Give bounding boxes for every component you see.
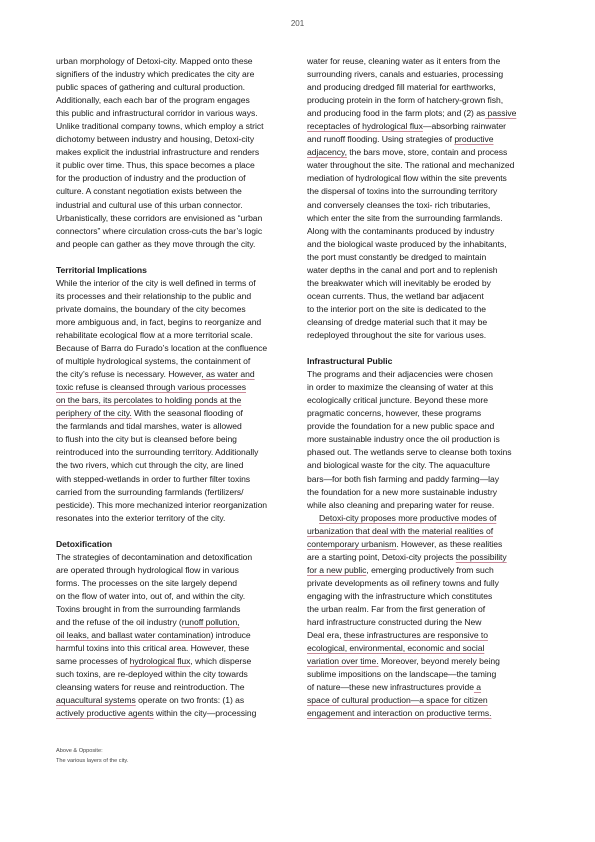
text-run: rehabilitate ecological flow at a more t…: [56, 330, 253, 340]
text-run: in order to maximize the cleansing of wa…: [307, 382, 493, 392]
text-line: culture. A constant negotiation exists b…: [56, 185, 296, 198]
text-run: pragmatic concerns, however, these progr…: [307, 408, 481, 418]
text-line: more ambiguous and, in fact, begins to r…: [56, 316, 296, 329]
text-run: the dispersal of toxins into the surroun…: [307, 186, 497, 196]
text-run: same processes of: [56, 656, 130, 666]
text-line: which enter the site from the surroundin…: [307, 212, 547, 225]
left-column: urban morphology of Detoxi-city. Mapped …: [56, 55, 296, 720]
text-line: while also cleaning and preparing water …: [307, 499, 547, 512]
paragraph-spacer: [307, 342, 547, 355]
text-line: this public and infrastructural corridor…: [56, 107, 296, 120]
underlined-phrase: space of cultural production—a space for…: [307, 695, 488, 705]
text-line: Because of Barra do Furado’s location at…: [56, 342, 296, 355]
text-run: Because of Barra do Furado’s location at…: [56, 343, 267, 353]
text-line: of multiple hydrological systems, the co…: [56, 355, 296, 368]
underlined-phrase: these infrastructures are responsive to: [344, 630, 488, 640]
text-run: water depths in the canal and port and t…: [307, 265, 497, 275]
text-line: with stepped-wetlands in order to furthe…: [56, 473, 296, 486]
text-run: The programs and their adjacencies were …: [307, 369, 493, 379]
text-line: and conversely cleanses the toxi- rich t…: [307, 199, 547, 212]
underlined-phrase: on the bars, its percolates to holding p…: [56, 395, 241, 405]
text-run: and runoff flooding. Using strategies of: [307, 134, 454, 144]
text-line: Deal era, these infrastructures are resp…: [307, 629, 547, 642]
text-line: on the flow of water into, out of, and w…: [56, 590, 296, 603]
text-line: actively productive agents within the ci…: [56, 707, 296, 720]
text-run: to the interior port on the site is dedi…: [307, 304, 486, 314]
text-run: surrounding rivers, canals and estuaries…: [307, 69, 503, 79]
text-run: operate on two fronts: (1) as: [136, 695, 244, 705]
text-line: of nature—these new infrastructures prov…: [307, 681, 547, 694]
continuation-paragraph: water for reuse, cleaning water as it en…: [307, 55, 547, 342]
text-line: mediation of hydrological flow within th…: [307, 172, 547, 185]
text-run: are operated through hydrological flow i…: [56, 565, 239, 575]
text-line: the foundation for a new more sustainabl…: [307, 486, 547, 499]
text-line: same processes of hydrological flux, whi…: [56, 655, 296, 668]
text-run: With the seasonal flooding of: [132, 408, 243, 418]
text-line: pragmatic concerns, however, these progr…: [307, 407, 547, 420]
text-line: surrounding rivers, canals and estuaries…: [307, 68, 547, 81]
text-line: for the production of industry and the p…: [56, 172, 296, 185]
text-run: ) introduce: [211, 630, 251, 640]
text-run: and the biological waste produced by the…: [307, 239, 506, 249]
text-run: the foundation for a new more sustainabl…: [307, 487, 497, 497]
text-line: While the interior of the city is well d…: [56, 277, 296, 290]
intro-paragraph: urban morphology of Detoxi-city. Mapped …: [56, 55, 296, 251]
text-run: forms. The processes on the site largely…: [56, 578, 237, 588]
text-line: bars—for both fish farming and paddy far…: [307, 473, 547, 486]
text-line: are a starting point, Detoxi-city projec…: [307, 551, 547, 564]
text-line: engagement and interaction on productive…: [307, 707, 547, 720]
text-line: and runoff flooding. Using strategies of…: [307, 133, 547, 146]
detoxification-paragraph: The strategies of decontamination and de…: [56, 551, 296, 721]
text-line: receptacles of hydrological flux—absorbi…: [307, 120, 547, 133]
text-run: , emerging productively from such: [366, 565, 493, 575]
text-run: water for reuse, cleaning water as it en…: [307, 56, 500, 66]
text-line: resonates into the exterior territory of…: [56, 512, 296, 525]
text-run: the breakwater which will inevitably be …: [307, 278, 491, 288]
underlined-phrase: toxic refuse is cleansed through various…: [56, 382, 246, 392]
text-run: to flush into the city but is cleansed b…: [56, 434, 237, 444]
text-line: such toxins, are re-deployed within the …: [56, 668, 296, 681]
text-line: producing protein in the form of hatcher…: [307, 94, 547, 107]
right-column: water for reuse, cleaning water as it en…: [307, 55, 547, 720]
text-run: While the interior of the city is well d…: [56, 278, 256, 288]
text-line: oil leaks, and ballast water contaminati…: [56, 629, 296, 642]
infrastructural-paragraph: The programs and their adjacencies were …: [307, 368, 547, 720]
text-line: in order to maximize the cleansing of wa…: [307, 381, 547, 394]
text-line: and producing food in the farm plots; an…: [307, 107, 547, 120]
underlined-phrase: aquacultural systems: [56, 695, 136, 705]
text-run: Along with the contaminants produced by …: [307, 226, 494, 236]
text-line: the farmlands and tidal marshes, water i…: [56, 420, 296, 433]
text-line: the city’s refuse is necessary. However,…: [56, 368, 296, 381]
underlined-phrase: ecological, environmental, economic and …: [307, 643, 484, 653]
text-line: Unlike traditional company towns, which …: [56, 120, 296, 133]
text-run: of nature—these new infrastructures prov…: [307, 682, 474, 692]
text-line: on the bars, its percolates to holding p…: [56, 394, 296, 407]
text-line: and producing dredged fill material for …: [307, 81, 547, 94]
text-run: hard infrastructure constructed during t…: [307, 617, 481, 627]
text-line: and the biological waste produced by the…: [307, 238, 547, 251]
text-run: sublime impositions on the landscape—the…: [307, 669, 496, 679]
text-line: urban morphology of Detoxi-city. Mapped …: [56, 55, 296, 68]
text-line: makes explicit the industrial infrastruc…: [56, 146, 296, 159]
text-line: water depths in the canal and port and t…: [307, 264, 547, 277]
text-run: pesticide). This more mechanized interio…: [56, 500, 267, 510]
text-line: the breakwater which will inevitably be …: [307, 277, 547, 290]
text-run: more ambiguous and, in fact, begins to r…: [56, 317, 261, 327]
text-line: variation over time. Moreover, beyond me…: [307, 655, 547, 668]
text-line: and the refuse of the oil industry (runo…: [56, 616, 296, 629]
text-run: and producing food in the farm plots; an…: [307, 108, 485, 118]
underlined-phrase: Detoxi-city proposes more productive mod…: [319, 513, 496, 523]
paragraph-spacer: [56, 251, 296, 264]
underlined-phrase: adjacency,: [307, 147, 347, 157]
text-line: The strategies of decontamination and de…: [56, 551, 296, 564]
underlined-phrase: , as water and: [201, 369, 254, 379]
text-line: space of cultural production—a space for…: [307, 694, 547, 707]
text-line: industrial and cultural use of this urba…: [56, 199, 296, 212]
text-run: water throughout the site. The rational …: [307, 160, 514, 170]
text-line: connectors” where circulation cross-cuts…: [56, 225, 296, 238]
text-run: and conversely cleanses the toxi- rich t…: [307, 200, 490, 210]
text-line: ocean currents. Thus, the wetland bar ad…: [307, 290, 547, 303]
text-run: The strategies of decontamination and de…: [56, 552, 252, 562]
text-line: its processes and their relationship to …: [56, 290, 296, 303]
text-line: cleansing of dredge material such that i…: [307, 316, 547, 329]
text-run: and biological waste for the city. The a…: [307, 460, 490, 470]
text-run: the urban realm. Far from the first gene…: [307, 604, 485, 614]
text-run: —absorbing rainwater: [423, 121, 506, 131]
text-line: the two rivers, which cut through the ci…: [56, 459, 296, 472]
text-line: urbanization that deal with the material…: [307, 525, 547, 538]
underlined-phrase: periphery of the city.: [56, 408, 132, 418]
underlined-phrase: a: [474, 682, 481, 692]
page-number: 201: [0, 19, 595, 28]
text-run: carried from the surrounding farmlands (…: [56, 487, 244, 497]
territorial-paragraph: While the interior of the city is well d…: [56, 277, 296, 525]
paragraph-spacer: [56, 525, 296, 538]
text-line: Along with the contaminants produced by …: [307, 225, 547, 238]
text-run: more sustainable industry once the oil p…: [307, 434, 500, 444]
text-line: for a new public, emerging productively …: [307, 564, 547, 577]
text-line: to the interior port on the site is dedi…: [307, 303, 547, 316]
underlined-phrase: actively productive agents: [56, 708, 154, 718]
text-run: redeployed throughout the site for vario…: [307, 330, 486, 340]
text-run: bars—for both fish farming and paddy far…: [307, 474, 499, 484]
text-line: and biological waste for the city. The a…: [307, 459, 547, 472]
text-run: with stepped-wetlands in order to furthe…: [56, 474, 250, 484]
text-line: pesticide). This more mechanized interio…: [56, 499, 296, 512]
text-run: the two rivers, which cut through the ci…: [56, 460, 243, 470]
text-line: and people can gather as they move throu…: [56, 238, 296, 251]
text-line: rehabilitate ecological flow at a more t…: [56, 329, 296, 342]
underlined-phrase: passive: [485, 108, 516, 118]
text-run: ecologically critical juncture. Beyond t…: [307, 395, 488, 405]
text-line: hard infrastructure constructed during t…: [307, 616, 547, 629]
underlined-phrase: for a new public: [307, 565, 366, 575]
text-run: within the city—processing: [154, 708, 257, 718]
text-line: the urban realm. Far from the first gene…: [307, 603, 547, 616]
text-line: water for reuse, cleaning water as it en…: [307, 55, 547, 68]
text-run: the city’s refuse is necessary. However: [56, 369, 201, 379]
underlined-phrase: urbanization that deal with the material…: [307, 526, 493, 536]
text-run: engaging with the infrastructure which c…: [307, 591, 492, 601]
text-run: mediation of hydrological flow within th…: [307, 173, 507, 183]
text-line: ecologically critical juncture. Beyond t…: [307, 394, 547, 407]
text-line: adjacency, the bars move, store, contain…: [307, 146, 547, 159]
text-run: such toxins, are re-deployed within the …: [56, 669, 248, 679]
text-run: , which disperse: [190, 656, 251, 666]
text-line: dichotomy between industry and housing, …: [56, 133, 296, 146]
text-line: private domains, the boundary of the cit…: [56, 303, 296, 316]
figure-caption: Above & Opposite: The various layers of …: [56, 746, 128, 766]
text-line: carried from the surrounding farmlands (…: [56, 486, 296, 499]
text-run: its processes and their relationship to …: [56, 291, 251, 301]
text-run: private developments as oil refinery tow…: [307, 578, 499, 588]
section-heading-detoxification: Detoxification: [56, 538, 296, 551]
text-run: harmful toxins into this critical area. …: [56, 643, 249, 653]
text-line: reintroduced into the surrounding territ…: [56, 446, 296, 459]
text-line: contemporary urbanism. However, as these…: [307, 538, 547, 551]
underlined-phrase: engagement and interaction on productive…: [307, 708, 491, 718]
text-line: Detoxi-city proposes more productive mod…: [307, 512, 547, 525]
text-run: private domains, the boundary of the cit…: [56, 304, 246, 314]
text-run: Toxins brought in from the surrounding f…: [56, 604, 240, 614]
underlined-phrase: runoff pollution,: [182, 617, 240, 627]
text-line: aquacultural systems operate on two fron…: [56, 694, 296, 707]
underlined-phrase: productive: [454, 134, 493, 144]
text-run: the port must constantly be dredged to m…: [307, 252, 486, 262]
text-run: Deal era,: [307, 630, 344, 640]
underlined-phrase: variation over time.: [307, 656, 379, 666]
text-line: engaging with the infrastructure which c…: [307, 590, 547, 603]
text-line: the dispersal of toxins into the surroun…: [307, 185, 547, 198]
text-line: toxic refuse is cleansed through various…: [56, 381, 296, 394]
text-line: signifiers of the industry which predica…: [56, 68, 296, 81]
text-run: ocean currents. Thus, the wetland bar ad…: [307, 291, 484, 301]
text-run: the farmlands and tidal marshes, water i…: [56, 421, 242, 431]
text-line: Toxins brought in from the surrounding f…: [56, 603, 296, 616]
text-line: provide the foundation for a new public …: [307, 420, 547, 433]
text-line: Urbanistically, these corridors are envi…: [56, 212, 296, 225]
text-run: reintroduced into the surrounding territ…: [56, 447, 258, 457]
text-run: of multiple hydrological systems, the co…: [56, 356, 250, 366]
text-run: resonates into the exterior territory of…: [56, 513, 225, 523]
text-line: public spaces of gathering and cultural …: [56, 81, 296, 94]
text-line: are operated through hydrological flow i…: [56, 564, 296, 577]
text-run: and the refuse of the oil industry (: [56, 617, 182, 627]
text-run: are a starting point, Detoxi-city projec…: [307, 552, 456, 562]
text-line: phased out. The wetlands serve to cleans…: [307, 446, 547, 459]
text-line: cleansing waters for reuse and reintrodu…: [56, 681, 296, 694]
text-run: Moreover, beyond merely being: [379, 656, 500, 666]
text-run: on the flow of water into, out of, and w…: [56, 591, 245, 601]
text-line: forms. The processes on the site largely…: [56, 577, 296, 590]
text-line: to flush into the city but is cleansed b…: [56, 433, 296, 446]
text-run: . However, as these realities: [396, 539, 502, 549]
text-run: cleansing of dredge material such that i…: [307, 317, 487, 327]
text-run: the bars move, store, contain and proces…: [347, 147, 507, 157]
section-heading-territorial: Territorial Implications: [56, 264, 296, 277]
text-line: periphery of the city. With the seasonal…: [56, 407, 296, 420]
text-run: and producing dredged fill material for …: [307, 82, 496, 92]
text-run: provide the foundation for a new public …: [307, 421, 494, 431]
caption-title: Above & Opposite:: [56, 746, 128, 756]
text-line: the port must constantly be dredged to m…: [307, 251, 547, 264]
text-line: water throughout the site. The rational …: [307, 159, 547, 172]
underlined-phrase: hydrological flux: [130, 656, 191, 666]
text-line: harmful toxins into this critical area. …: [56, 642, 296, 655]
text-line: Additionally, each each bar of the progr…: [56, 94, 296, 107]
text-run: while also cleaning and preparing water …: [307, 500, 494, 510]
text-line: sublime impositions on the landscape—the…: [307, 668, 547, 681]
text-line: ecological, environmental, economic and …: [307, 642, 547, 655]
text-line: more sustainable industry once the oil p…: [307, 433, 547, 446]
caption-text: The various layers of the city.: [56, 756, 128, 766]
text-line: redeployed throughout the site for vario…: [307, 329, 547, 342]
text-run: cleansing waters for reuse and reintrodu…: [56, 682, 244, 692]
text-run: which enter the site from the surroundin…: [307, 213, 503, 223]
underlined-phrase: oil leaks, and ballast water contaminati…: [56, 630, 211, 640]
text-line: The programs and their adjacencies were …: [307, 368, 547, 381]
text-run: phased out. The wetlands serve to cleans…: [307, 447, 512, 457]
text-line: it public over time. Thus, this space be…: [56, 159, 296, 172]
text-line: private developments as oil refinery tow…: [307, 577, 547, 590]
underlined-phrase: receptacles of hydrological flux: [307, 121, 423, 131]
underlined-phrase: the possibility: [456, 552, 507, 562]
underlined-phrase: contemporary urbanism: [307, 539, 396, 549]
section-heading-infrastructural-public: Infrastructural Public: [307, 355, 547, 368]
text-run: producing protein in the form of hatcher…: [307, 95, 503, 105]
